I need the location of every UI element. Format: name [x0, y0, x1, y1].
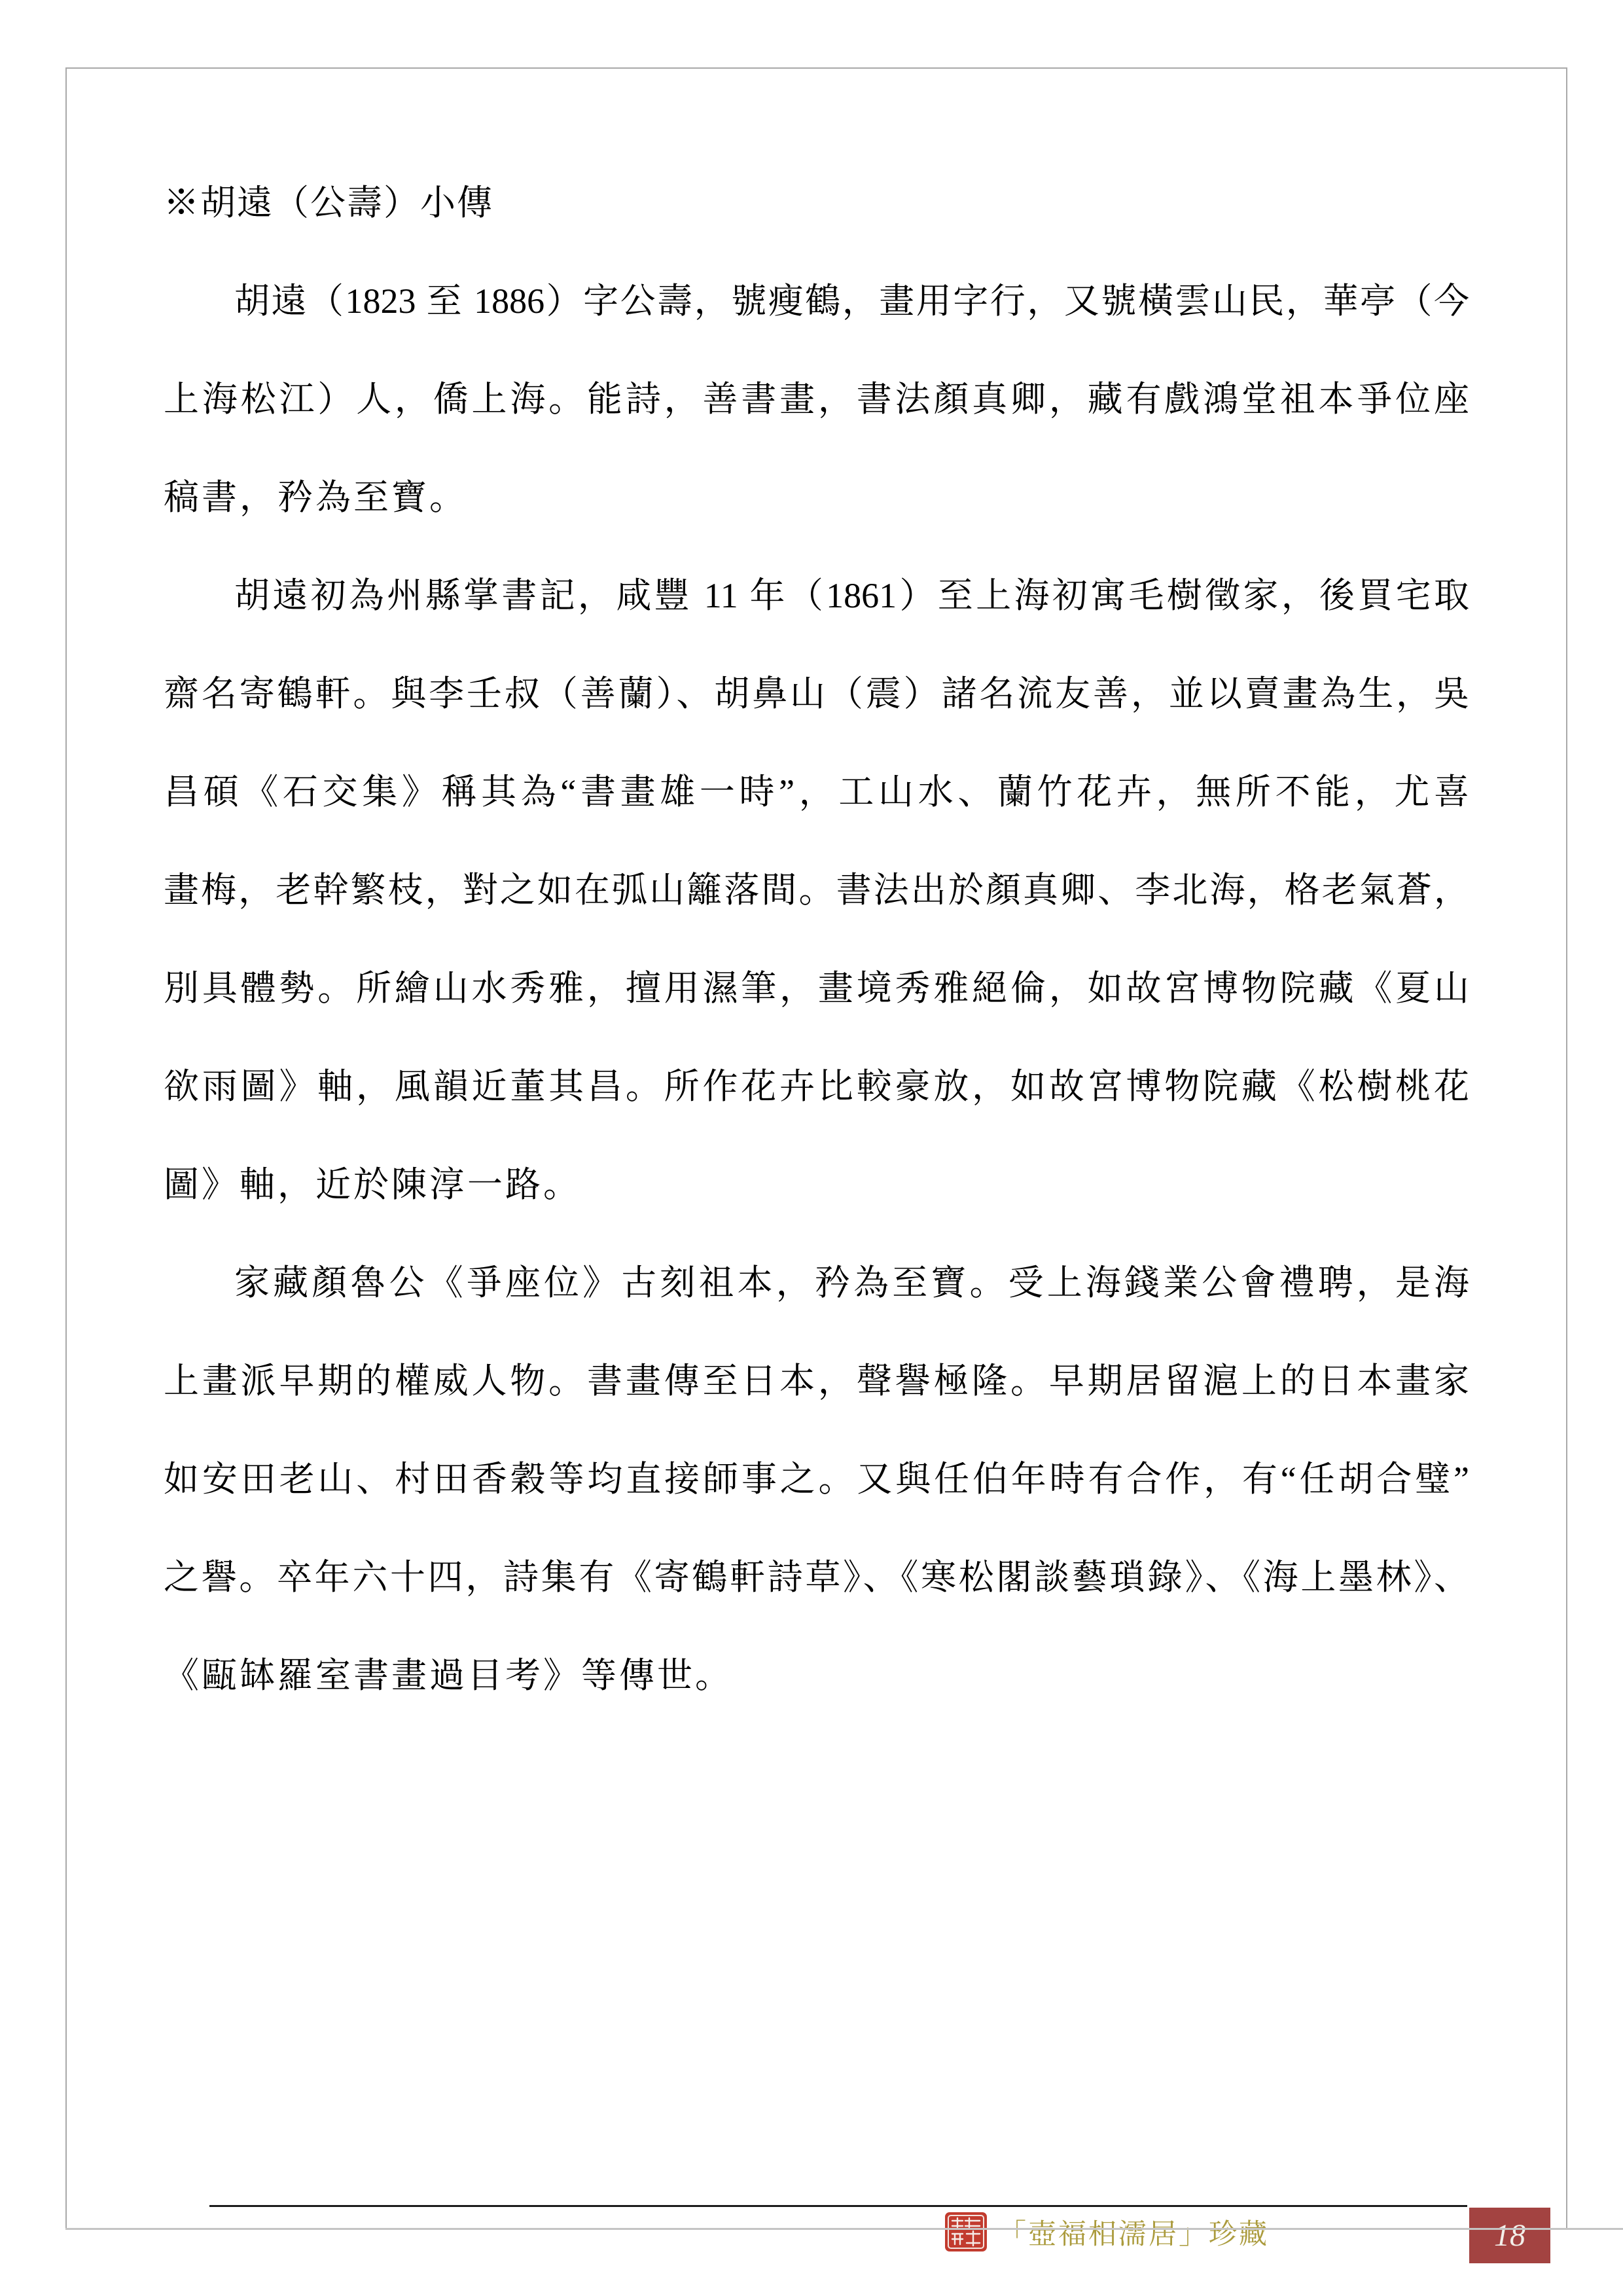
- text-line: 上海松江）人，僑上海。能詩，善書畫，書法顏真卿，藏有戲鴻堂祖本爭位座: [164, 350, 1469, 448]
- text-line: 家藏顏魯公《爭座位》古刻祖本，矜為至寶。受上海錢業公會禮聘，是海: [164, 1234, 1469, 1332]
- page-bottom-line: [65, 2228, 1623, 2230]
- text-line: 胡遠初為州縣掌書記，咸豐 11 年（1861）至上海初寓毛樹徵家，後買宅取: [164, 547, 1469, 645]
- text-line: 胡遠（1823 至 1886）字公壽，號瘦鶴，畫用字行，又號橫雲山民，華亭（今: [164, 252, 1469, 350]
- text-line: 《甌缽羅室書畫過目考》等傳世。: [164, 1626, 1469, 1725]
- text-line: 齋名寄鶴軒。與李壬叔（善蘭）、胡鼻山（震）諸名流友善，並以賣畫為生，吳: [164, 645, 1469, 743]
- text-line: 稿書，矜為至寶。: [164, 448, 1469, 547]
- text-line: 別具體勢。所繪山水秀雅，擅用濕筆，畫境秀雅絕倫，如故宮博物院藏《夏山: [164, 939, 1469, 1037]
- text-line: 如安田老山、村田香穀等均直接師事之。又與任伯年時有合作，有“任胡合璧”: [164, 1430, 1469, 1528]
- collection-label: 「壺福相濡居」珍藏: [998, 2217, 1269, 2253]
- footer-divider-line: [209, 2205, 1467, 2207]
- text-line: 上畫派早期的權威人物。書畫傳至日本，聲譽極隆。早期居留滬上的日本畫家: [164, 1332, 1469, 1430]
- section-title: ※胡遠（公壽）小傳: [164, 154, 1469, 252]
- page-number: 18: [1494, 2217, 1525, 2253]
- document-page: ※胡遠（公壽）小傳 胡遠（1823 至 1886）字公壽，號瘦鶴，畫用字行，又號…: [0, 0, 1623, 2296]
- text-line: 之譽。卒年六十四，詩集有《寄鶴軒詩草》、《寒松閣談藝瑣錄》、《海上墨林》、: [164, 1528, 1469, 1626]
- collection-seal-icon: [944, 2212, 988, 2252]
- text-line: 畫梅，老幹繁枝，對之如在弧山籬落間。書法出於顏真卿、李北海，格老氣蒼，: [164, 841, 1469, 939]
- page-number-badge: 18: [1469, 2208, 1550, 2263]
- text-line: 圖》軸，近於陳淳一路。: [164, 1136, 1469, 1234]
- text-line: 欲雨圖》軸，風韻近董其昌。所作花卉比較豪放，如故宮博物院藏《松樹桃花: [164, 1037, 1469, 1136]
- text-line: 昌碩《石交集》稱其為“書畫雄一時”，工山水、蘭竹花卉，無所不能，尤喜: [164, 743, 1469, 841]
- document-body: ※胡遠（公壽）小傳 胡遠（1823 至 1886）字公壽，號瘦鶴，畫用字行，又號…: [164, 154, 1469, 1725]
